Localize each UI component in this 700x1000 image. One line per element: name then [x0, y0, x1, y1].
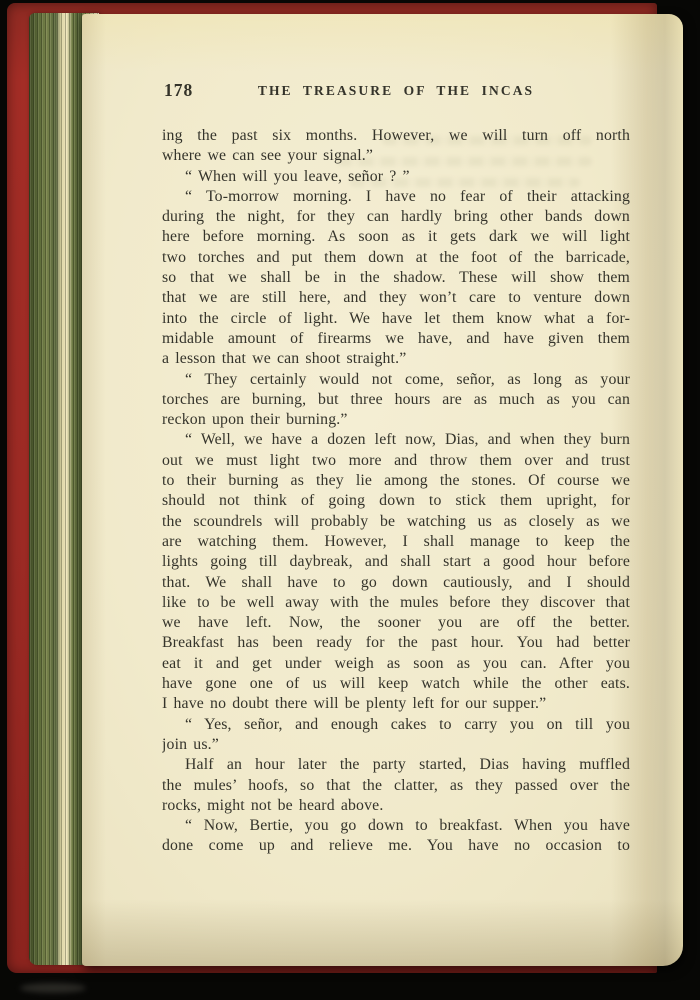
text-line: lights going till daybreak, and shall st…	[162, 552, 630, 572]
text-line: I have no doubt there will be plenty lef…	[162, 694, 630, 714]
text-line: out we must light two more and throw the…	[162, 451, 630, 471]
text-line: “ Well, we have a dozen left now, Dias, …	[162, 430, 630, 450]
text-line: have gone one of us will keep watch whil…	[162, 674, 630, 694]
text-line: so that we shall be in the shadow. These…	[162, 268, 630, 288]
text-line: torches are burning, but three hours are…	[162, 390, 630, 410]
paragraph: “ Well, we have a dozen left now, Dias, …	[162, 430, 630, 714]
text-line: ing the past six months. However, we wil…	[162, 126, 630, 146]
text-line: “ When will you leave, señor ? ”	[162, 167, 630, 187]
running-title: THE TREASURE OF THE INCAS	[258, 83, 534, 99]
text-line: Half an hour later the party started, Di…	[162, 755, 630, 775]
text-line: into the circle of light. We have let th…	[162, 309, 630, 329]
paragraph: “ They certainly would not come, señor, …	[162, 370, 630, 431]
text-line: should not think of going down to stick …	[162, 491, 630, 511]
text-line: Breakfast has been ready for the past ho…	[162, 633, 630, 653]
paragraph: “ When will you leave, señor ? ”	[162, 167, 630, 187]
text-line: that we are still here, and they won’t c…	[162, 288, 630, 308]
page-number: 178	[164, 80, 193, 101]
text-line: here before morning. As soon as it gets …	[162, 227, 630, 247]
text-line: to their burning as they lie among the s…	[162, 471, 630, 491]
text-line: midable amount of firearms we have, and …	[162, 329, 630, 349]
text-line: done come up and relieve me. You have no…	[162, 836, 630, 856]
text-line: rocks, might not be heard above.	[162, 796, 630, 816]
book-scan: 178 THE TREASURE OF THE INCAS ing the pa…	[0, 0, 700, 1000]
text-line: “ They certainly would not come, señor, …	[162, 370, 630, 390]
text-line: eat it and get under weigh as soon as yo…	[162, 654, 630, 674]
text-line: “ Now, Bertie, you go down to breakfast.…	[162, 816, 630, 836]
text-line: the mules’ hoofs, so that the clatter, a…	[162, 776, 630, 796]
text-line: join us.”	[162, 735, 630, 755]
text-line: like to be well away with the mules befo…	[162, 593, 630, 613]
paragraph: “ Yes, señor, and enough cakes to carry …	[162, 715, 630, 756]
text-line: reckon upon their burning.”	[162, 410, 630, 430]
text-line: “ To-morrow morning. I have no fear of t…	[162, 187, 630, 207]
text-line: that. We shall have to go down cautiousl…	[162, 573, 630, 593]
book-page: 178 THE TREASURE OF THE INCAS ing the pa…	[82, 14, 683, 966]
paragraph: “ To-morrow morning. I have no fear of t…	[162, 187, 630, 370]
text-line: are watching them. However, I shall mana…	[162, 532, 630, 552]
text-line: a lesson that we can shoot straight.”	[162, 349, 630, 369]
body-text: ing the past six months. However, we wil…	[162, 126, 630, 857]
page-header: 178 THE TREASURE OF THE INCAS	[162, 80, 630, 100]
text-line: during the night, for they can hardly br…	[162, 207, 630, 227]
text-line: we have left. Now, the sooner you are of…	[162, 613, 630, 633]
text-line: “ Yes, señor, and enough cakes to carry …	[162, 715, 630, 735]
text-line: where we can see your signal.”	[162, 146, 630, 166]
table-glint	[20, 983, 86, 993]
text-line: two torches and put them down at the foo…	[162, 248, 630, 268]
paragraph: “ Now, Bertie, you go down to breakfast.…	[162, 816, 630, 857]
paragraph: Half an hour later the party started, Di…	[162, 755, 630, 816]
text-line: the scoundrels will probably be watching…	[162, 512, 630, 532]
page-content: 178 THE TREASURE OF THE INCAS ing the pa…	[162, 80, 630, 857]
paragraph: ing the past six months. However, we wil…	[162, 126, 630, 167]
